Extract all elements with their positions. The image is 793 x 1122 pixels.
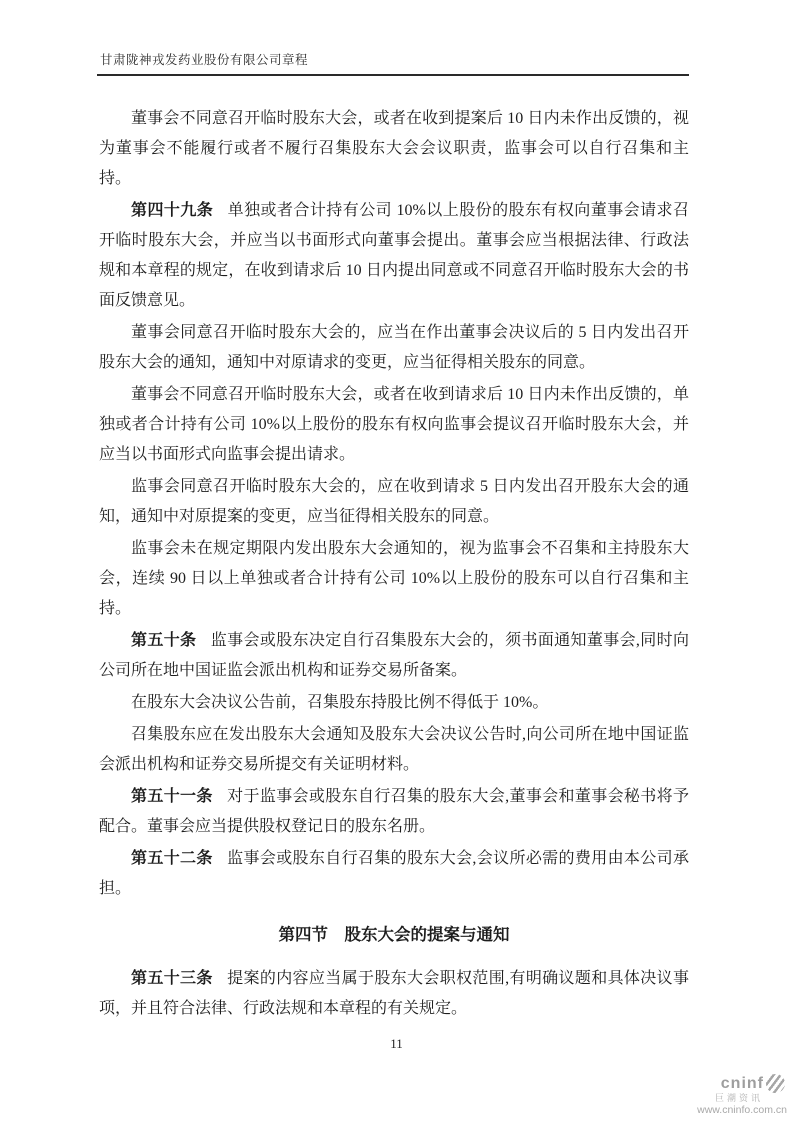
paragraph: 监事会同意召开临时股东大会的，应在收到请求 5 日内发出召开股东大会的通知，通知… [99, 472, 689, 532]
paragraph: 监事会未在规定期限内发出股东大会通知的，视为监事会不召集和主持股东大会，连续 9… [99, 534, 689, 624]
paragraph: 在股东大会决议公告前，召集股东持股比例不得低于 10%。 [99, 688, 689, 718]
paragraph: 第五十三条提案的内容应当属于股东大会职权范围,有明确议题和具体决议事项，并且符合… [99, 964, 689, 1024]
article-number: 第四十九条 [131, 202, 213, 219]
header-rule [97, 74, 689, 76]
logo-brand-text: cninf [721, 1075, 764, 1093]
paragraph: 召集股东应在发出股东大会通知及股东大会决议公告时,向公司所在地中国证监会派出机构… [99, 720, 689, 780]
paragraph: 董事会不同意召开临时股东大会，或者在收到请求后 10 日内未作出反馈的，单独或者… [99, 380, 689, 470]
document-body: 董事会不同意召开临时股东大会，或者在收到提案后 10 日内未作出反馈的，视为董事… [99, 104, 689, 1024]
logo-brand-row: cninf [721, 1074, 787, 1093]
section-heading: 第四节 股东大会的提案与通知 [99, 920, 689, 950]
paragraph: 第五十二条监事会或股东自行召集的股东大会,会议所必需的费用由本公司承担。 [99, 844, 689, 904]
paragraph: 第四十九条单独或者合计持有公司 10%以上股份的股东有权向董事会请求召开临时股东… [99, 196, 689, 316]
paragraph: 第五十条监事会或股东决定自行召集股东大会的，须书面通知董事会,同时向公司所在地中… [99, 626, 689, 686]
logo-subtitle: 巨潮资讯 [715, 1094, 763, 1104]
paragraph: 董事会同意召开临时股东大会的，应当在作出董事会决议后的 5 日内发出召开股东大会… [99, 318, 689, 378]
article-number: 第五十二条 [131, 850, 213, 867]
page-number: 11 [0, 1036, 793, 1052]
cninfo-swirl-icon [765, 1073, 786, 1094]
document-page: 甘肃陇神戎发药业股份有限公司章程 董事会不同意召开临时股东大会，或者在收到提案后… [0, 0, 793, 1122]
paragraph: 第五十一条对于监事会或股东自行召集的股东大会,董事会和董事会秘书将予配合。董事会… [99, 782, 689, 842]
cninfo-logo: cninf 巨潮资讯 www.cninfo.com.cn [637, 1074, 787, 1116]
doc-title: 甘肃陇神戎发药业股份有限公司章程 [100, 53, 308, 67]
logo-website: www.cninfo.com.cn [697, 1105, 787, 1117]
article-number: 第五十条 [131, 632, 196, 649]
page-header: 甘肃陇神戎发药业股份有限公司章程 [100, 50, 308, 68]
paragraph: 董事会不同意召开临时股东大会，或者在收到提案后 10 日内未作出反馈的，视为董事… [99, 104, 689, 194]
article-number: 第五十三条 [131, 970, 213, 987]
article-number: 第五十一条 [131, 788, 213, 805]
